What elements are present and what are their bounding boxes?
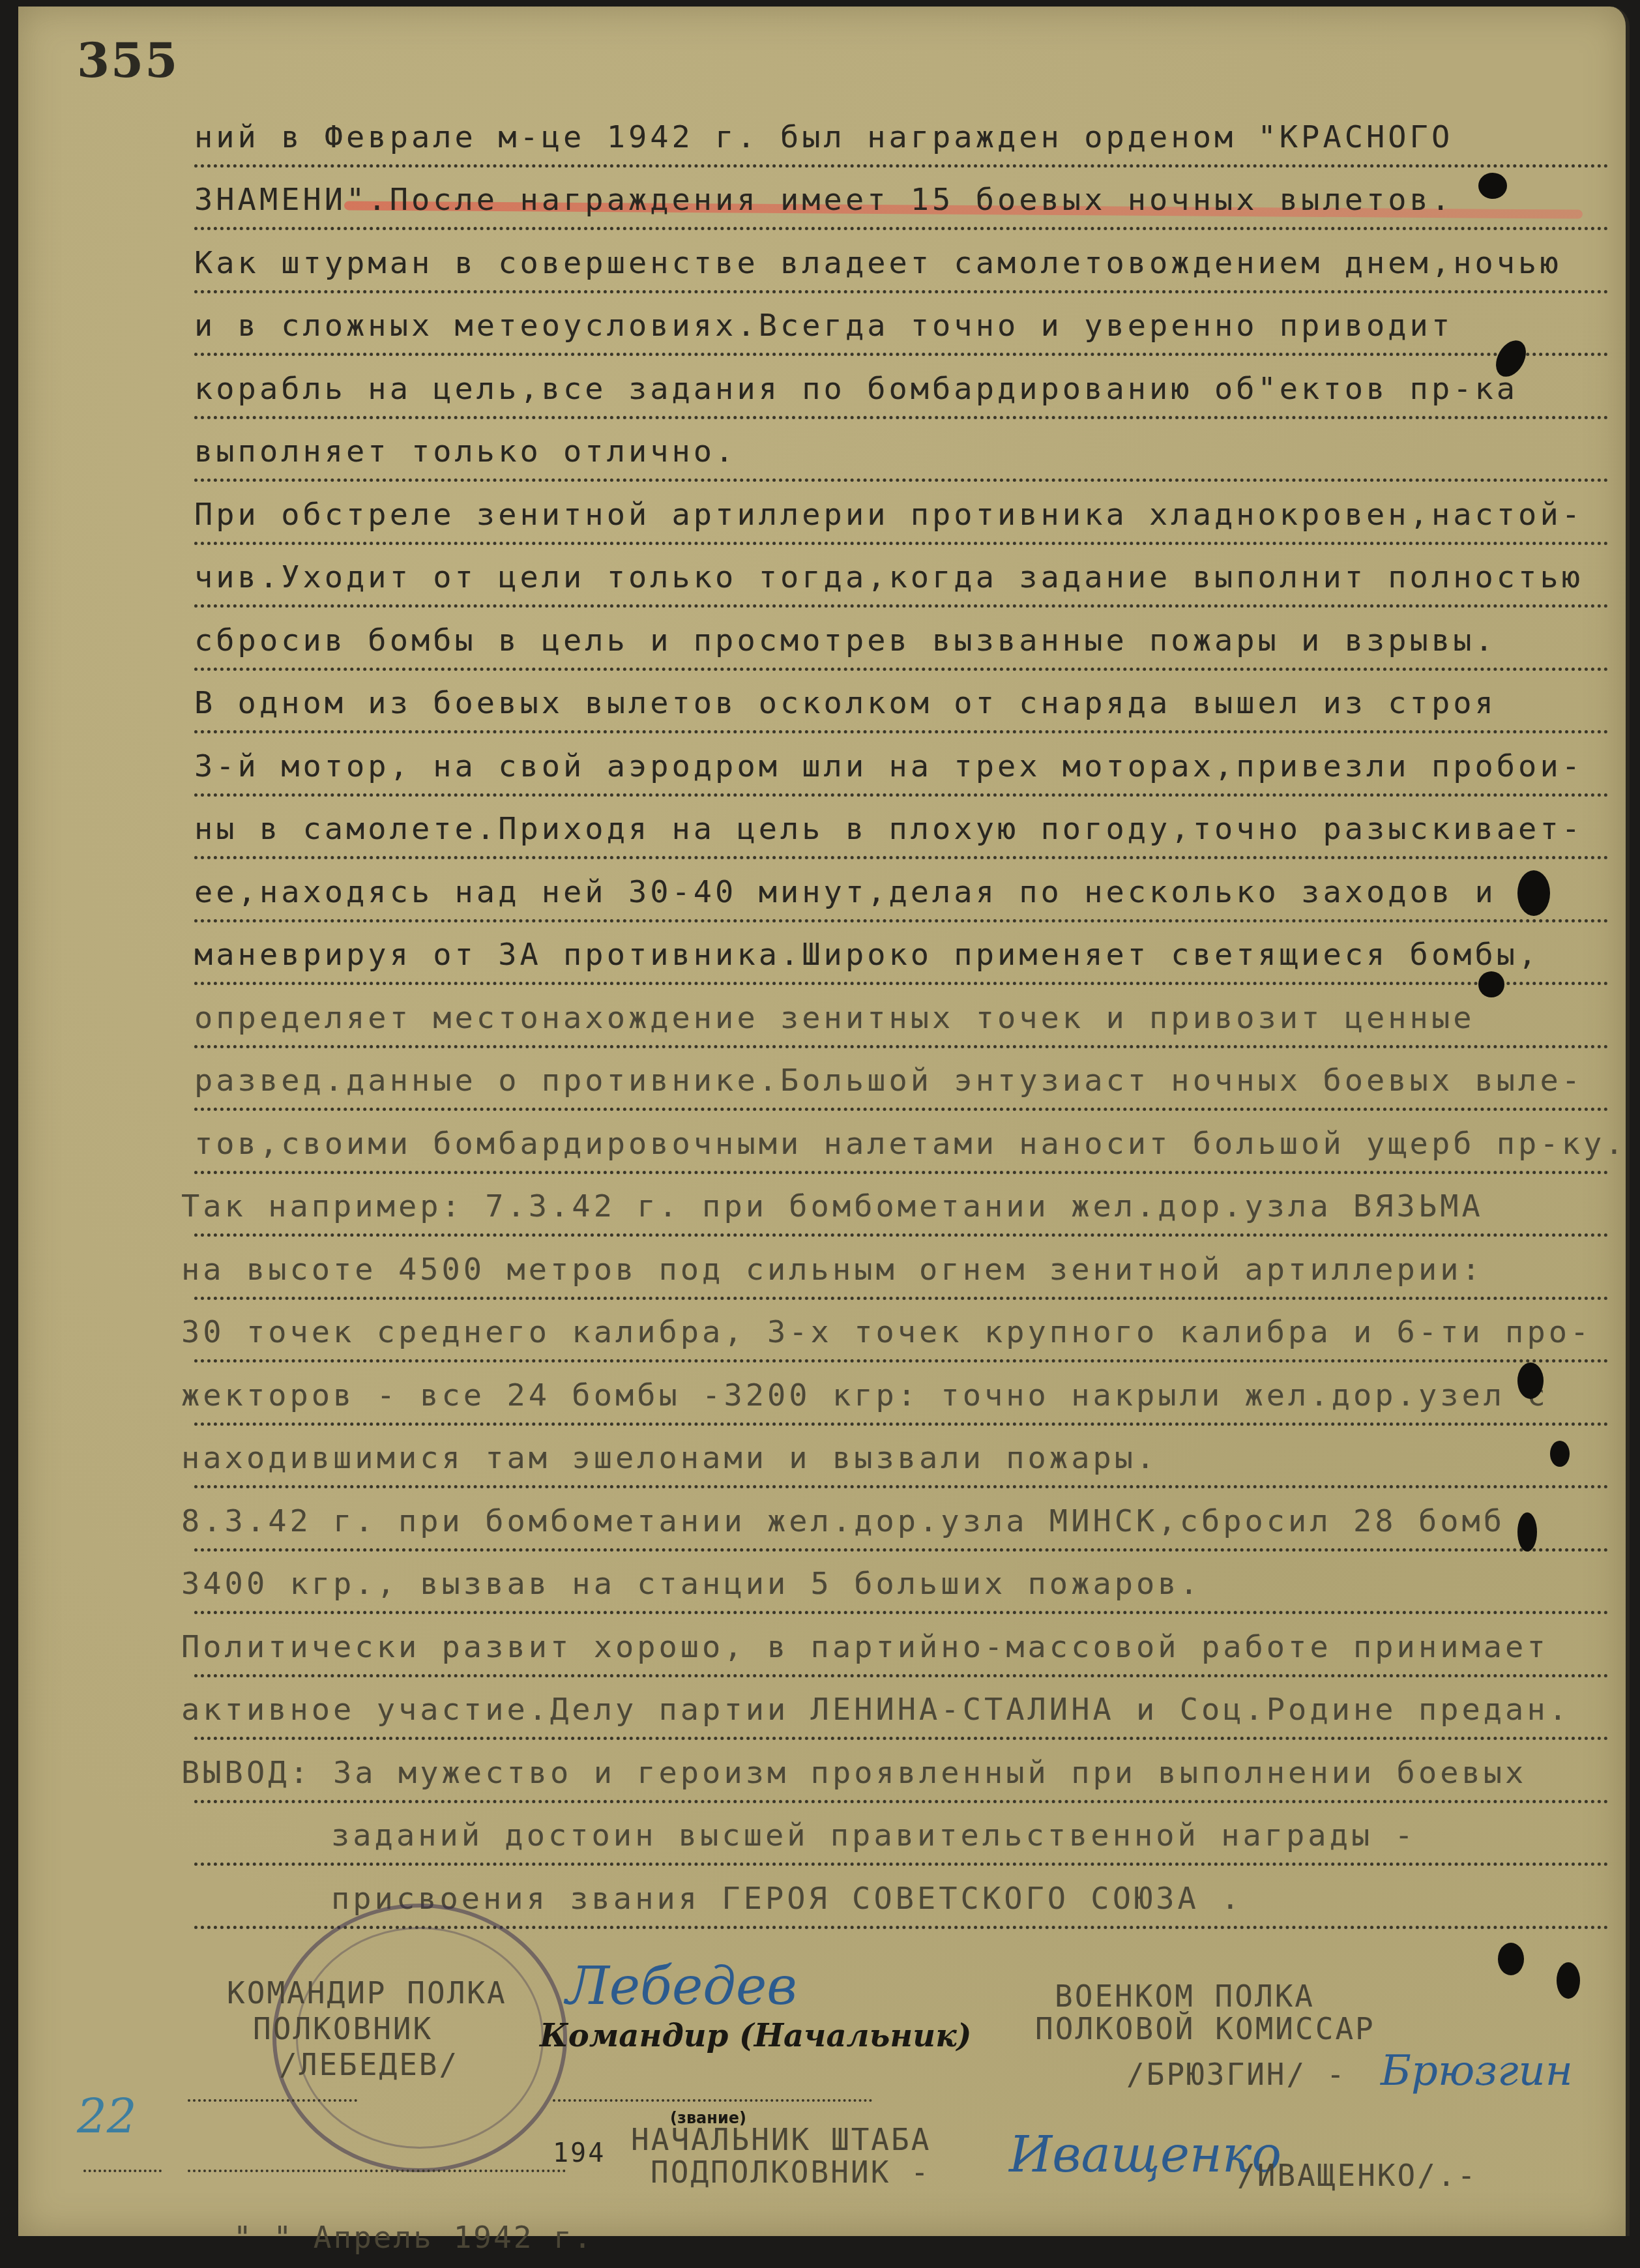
line-text: 30 точек среднего калибра, 3-х точек кру… [181,1314,1592,1350]
text-line: находившимися там эшелонами и вызвали по… [194,1426,1609,1489]
line-text: ЗНАМЕНИ".После награждения имеет 15 боев… [194,182,1453,218]
rank-underline [553,2099,872,2102]
line-text: 3-й мотор, на свой аэродром шли на трех … [194,748,1583,784]
chief-of-staff-title: НАЧАЛЬНИК ШТАБА [631,2122,931,2157]
official-stamp [272,1904,567,2172]
line-text: корабль на цель,все задания по бомбардир… [194,371,1518,407]
text-line: сбросив бомбы в цель и просмотрев вызван… [194,608,1609,671]
line-text: и в сложных метеоусловиях.Всегда точно и… [194,308,1453,344]
line-text: маневрируя от ЗА противника.Широко приме… [194,937,1540,973]
text-line: Так например: 7.3.42 г. при бомбометании… [194,1174,1609,1237]
date-underline [188,2099,357,2102]
text-line: корабль на цель,все задания по бомбардир… [194,356,1609,419]
line-text: При обстреле зенитной артиллерии противн… [194,497,1583,533]
text-line: заданий достоин высшей правительственной… [194,1803,1609,1866]
punch-hole [1517,1512,1537,1552]
text-line: определяет местонахождение зенитных точе… [194,985,1609,1048]
text-line: тов,своими бомбардировочными налетами на… [194,1111,1609,1174]
text-line: При обстреле зенитной артиллерии противн… [194,482,1609,545]
text-line: ВЫВОД: За мужество и героизм проявленный… [194,1740,1609,1803]
text-line: ее,находясь над ней 30-40 минут,делая по… [194,859,1609,922]
conclusion-line: ВЫВОД: За мужество и героизм проявленный… [181,1755,1527,1791]
line-text: Так например: 7.3.42 г. при бомбометании… [181,1188,1484,1224]
text-line: 3-й мотор, на свой аэродром шли на трех … [194,733,1609,797]
text-line: и в сложных метеоусловиях.Всегда точно и… [194,293,1609,357]
line-text: сбросив бомбы в цель и просмотрев вызван… [194,623,1497,658]
line-text: ний в Феврале м-це 1942 г. был награжден… [194,119,1453,155]
text-line: 8.3.42 г. при бомбометании жел.дор.узла … [194,1488,1609,1552]
line-text: находившимися там эшелонами и вызвали по… [181,1440,1158,1476]
page-number: 355 [77,33,179,88]
punch-hole [1557,1962,1580,1999]
document-body: ний в Феврале м-це 1942 г. был награжден… [194,104,1609,1929]
punch-hole [1550,1441,1570,1467]
commissar-name: /БРЮЗГИН/ - [1126,2057,1347,2092]
text-line: ний в Феврале м-це 1942 г. был награжден… [194,104,1609,168]
text-line: на высоте 4500 метров под сильным огнем … [194,1237,1609,1300]
text-line: присвоения звания ГЕРОЯ СОВЕТСКОГО СОЮЗА… [194,1866,1609,1929]
line-text: ны в самолете.Приходя на цель в плохую п… [194,811,1583,847]
line-text: ее,находясь над ней 30-40 минут,делая по… [194,874,1497,910]
text-line: В одном из боевых вылетов осколком от сн… [194,671,1609,734]
line-text: Политически развит хорошо, в партийно-ма… [181,1629,1549,1665]
line-text: тов,своими бомбардировочными налетами на… [194,1126,1627,1162]
line-text: активное участие.Делу партии ЛЕНИНА-СТАЛ… [181,1692,1570,1728]
text-line: активное участие.Делу партии ЛЕНИНА-СТАЛ… [194,1677,1609,1741]
commander-name: /ЛЕБЕДЕВ/ [279,2047,459,2082]
text-line: Политически развит хорошо, в партийно-ма… [194,1614,1609,1677]
handwritten-day: 22 [77,2089,137,2144]
conclusion-line: заданий достоин высшей правительственной… [331,1818,1416,1853]
text-line: 3400 кгр., вызвав на станции 5 больших п… [194,1552,1609,1615]
document-date: " " Апрель 1942 г. [233,2220,594,2255]
text-line: 30 точек среднего калибра, 3-х точек кру… [194,1300,1609,1363]
text-line: Как штурман в совершенстве владеет самол… [194,230,1609,293]
text-line: ЗНАМЕНИ".После награждения имеет 15 боев… [194,168,1609,231]
text-line: развед.данные о противнике.Большой энтуз… [194,1048,1609,1112]
punch-hole [1478,173,1507,199]
punch-hole [1517,1362,1544,1399]
punch-hole [1498,1943,1524,1975]
line-text: развед.данные о противнике.Большой энтуз… [194,1063,1583,1098]
line-text: определяет местонахождение зенитных точе… [194,1000,1475,1036]
line-text: 8.3.42 г. при бомбометании жел.дор.узла … [181,1503,1505,1539]
text-line: жекторов - все 24 бомбы -3200 кгр: точно… [194,1362,1609,1426]
commissar-title: ВОЕНКОМ ПОЛКА [1055,1979,1315,2014]
commander-signature: Лебедев [566,1956,797,2016]
commander-rank: ПОЛКОВНИК [253,2011,433,2046]
line-text: 3400 кгр., вызвав на станции 5 больших п… [181,1566,1201,1602]
chief-of-staff-signature: Иващенко [1009,2125,1281,2183]
commander-title: КОМАНДИР ПОЛКА [227,1975,507,2010]
text-line: чив.Уходит от цели только тогда,когда за… [194,545,1609,608]
text-line: ны в самолете.Приходя на цель в плохую п… [194,797,1609,860]
line-text: на высоте 4500 метров под сильным огнем … [181,1252,1484,1288]
commissar-rank: ПОЛКОВОЙ КОМИССАР [1035,2011,1375,2046]
punch-hole [1478,971,1504,997]
punch-hole [1517,870,1550,916]
rank-caption: (звание) [670,2109,746,2127]
line-text: выполняет только отлично. [194,434,737,469]
text-line: выполняет только отлично. [194,419,1609,482]
year-prefix: 194 [553,2138,606,2168]
stamp-ring [296,1927,544,2149]
commander-label: Командир (Начальник) [540,2018,971,2054]
document-page: 355 ний в Феврале м-це 1942 г. был награ… [18,7,1630,2236]
line-text: Как штурман в совершенстве владеет самол… [194,245,1562,281]
line-text: жекторов - все 24 бомбы -3200 кгр: точно… [181,1377,1549,1413]
text-line: маневрируя от ЗА противника.Широко приме… [194,922,1609,986]
chief-of-staff-name: /ИВАЩЕНКО/.- [1237,2158,1477,2193]
day-underline [83,2170,162,2172]
chief-of-staff-rank: ПОДПОЛКОВНИК - [651,2155,931,2190]
conclusion-line: присвоения звания ГЕРОЯ СОВЕТСКОГО СОЮЗА… [331,1881,1242,1917]
month-underline [188,2170,566,2172]
commissar-signature: Брюзгин [1381,2047,1573,2095]
line-text: В одном из боевых вылетов осколком от сн… [194,685,1497,721]
line-text: чив.Уходит от цели только тогда,когда за… [194,559,1583,595]
